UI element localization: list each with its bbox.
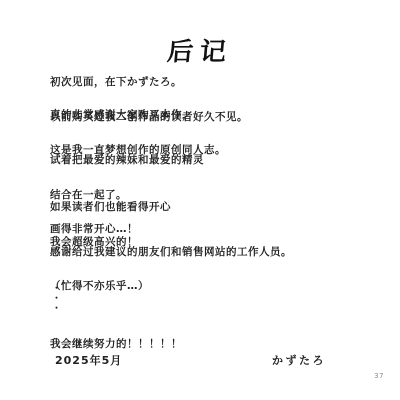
ellipsis-dots: ・ ・ ・: [52, 284, 61, 314]
text-line: （忙得不亦乐乎…）: [50, 281, 149, 293]
paragraph-aside: （忙得不亦乐乎…）: [50, 258, 149, 316]
dot: ・: [52, 304, 61, 314]
dot: ・: [52, 284, 61, 294]
text-line: 感谢给过我建议的朋友们和销售网站的工作人员。: [50, 247, 292, 259]
text-line: 真的非常感谢大家购买本作，: [50, 110, 226, 122]
text-line: 如果读者们也能看得开心: [50, 202, 171, 214]
publication-date: 2025年5月: [55, 352, 122, 368]
author-signature: かずたろ: [272, 352, 326, 368]
text-line: 试着把最爱的辣妹和最爱的精灵: [50, 155, 204, 167]
text-line: 我会继续努力的！！！！！: [50, 339, 182, 351]
dot: ・: [52, 294, 61, 304]
afterword-page: 后记 初次见面，在下かずたろ。 以前购买过我二创作品的读者好久不见。 真的非常感…: [0, 0, 400, 400]
page-number: 37: [374, 372, 384, 380]
